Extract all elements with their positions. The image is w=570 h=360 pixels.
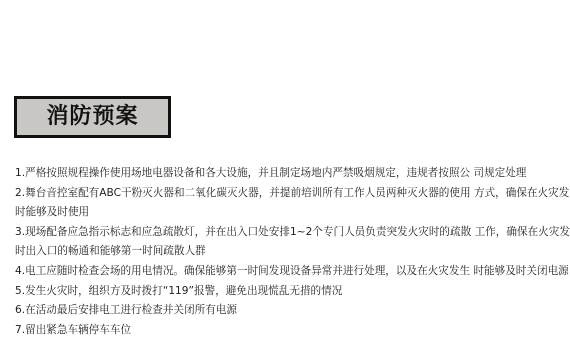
plan-item-2: 2.舞台音控室配有ABC干粉灭火器和二氧化碳灭火器，并提前培训所有工作人员两种灭…	[15, 184, 570, 204]
plan-item-6: 6.在活动最后安排电工进行检查并关闭所有电源	[15, 301, 570, 321]
fire-plan-list: 1.严格按照规程操作使用场地电器设备和各大设施，并且制定场地内严禁吸烟规定，违规…	[15, 164, 570, 340]
plan-item-1: 1.严格按照规程操作使用场地电器设备和各大设施，并且制定场地内严禁吸烟规定，违规…	[15, 164, 570, 184]
plan-item-7: 7.留出紧急车辆停车车位	[15, 321, 570, 341]
title-box: 消防预案	[14, 96, 171, 138]
plan-item-3-continued: 时出入口的畅通和能够第一时间疏散人群	[15, 242, 570, 262]
plan-item-4: 4.电工应随时检查会场的用电情况。确保能够第一时间发现设备异常并进行处理，以及在…	[15, 262, 570, 282]
page-title: 消防预案	[46, 106, 138, 128]
plan-item-2-continued: 时能够及时使用	[15, 203, 570, 223]
plan-item-5: 5.发生火灾时，组织方及时拨打“119”报警，避免出现慌乱无措的情况	[15, 282, 570, 302]
plan-item-3: 3.现场配备应急指示标志和应急疏散灯，并在出入口处安排1~2个专门人员负责突发火…	[15, 223, 570, 243]
